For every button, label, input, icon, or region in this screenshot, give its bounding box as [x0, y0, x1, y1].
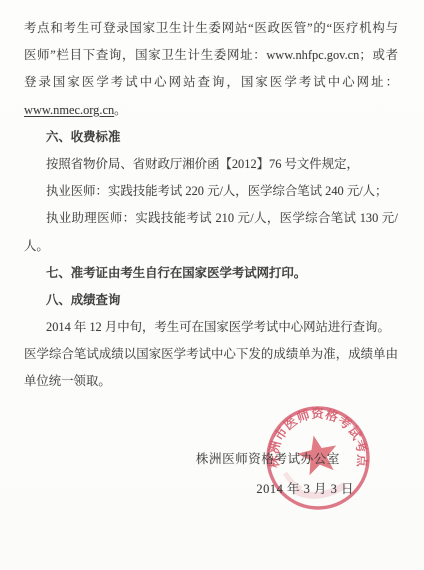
nmec-url-text: www.nmec.org.cn [24, 103, 114, 117]
body-line: 按照省物价局、省财政厅湘价函【2012】76 号文件规定， [24, 151, 398, 178]
body-line: 登录国家医学考试中心网站查询，国家医学考试中心网址： [24, 69, 398, 96]
document-page: 考点和考生可登录国家卫生计生委网站“医政医管”的“医疗机构与 医师”栏目下查询，… [0, 0, 424, 570]
body-line: 2014 年 12 月中旬，考生可在国家医学考试中心网站进行查询。 [24, 314, 398, 341]
body-line: 执业医师：实践技能考试 220 元/人，医学综合笔试 240 元/人； [24, 178, 398, 205]
body-line: 医师”栏目下查询，国家卫生计生委网址：www.nhfpc.gov.cn；或者 [24, 42, 398, 69]
body-line: 执业助理医师：实践技能考试 210 元/人，医学综合笔试 130 元/ [24, 205, 398, 232]
body-line: 人。 [24, 233, 398, 260]
body-line: 考点和考生可登录国家卫生计生委网站“医政医管”的“医疗机构与 [24, 15, 398, 42]
signature-office: 株洲医师资格考试办公室 [196, 449, 340, 467]
section-heading-admission-ticket: 七、准考证由考生自行在国家医学考试网打印。 [24, 260, 398, 287]
section-heading-scores: 八、成绩查询 [24, 287, 398, 314]
url-period: 。 [114, 103, 126, 117]
signature-date: 2014 年 3 月 3 日 [256, 479, 354, 497]
body-line: 医学综合笔试成绩以国家医学考试中心下发的成绩单为准，成绩单由 [24, 341, 398, 368]
body-line: 单位统一领取。 [24, 368, 398, 395]
section-heading-fees: 六、收费标准 [24, 124, 398, 151]
document-body: 考点和考生可登录国家卫生计生委网站“医政医管”的“医疗机构与 医师”栏目下查询，… [24, 15, 398, 396]
body-line-url: www.nmec.org.cn。 [24, 97, 398, 124]
